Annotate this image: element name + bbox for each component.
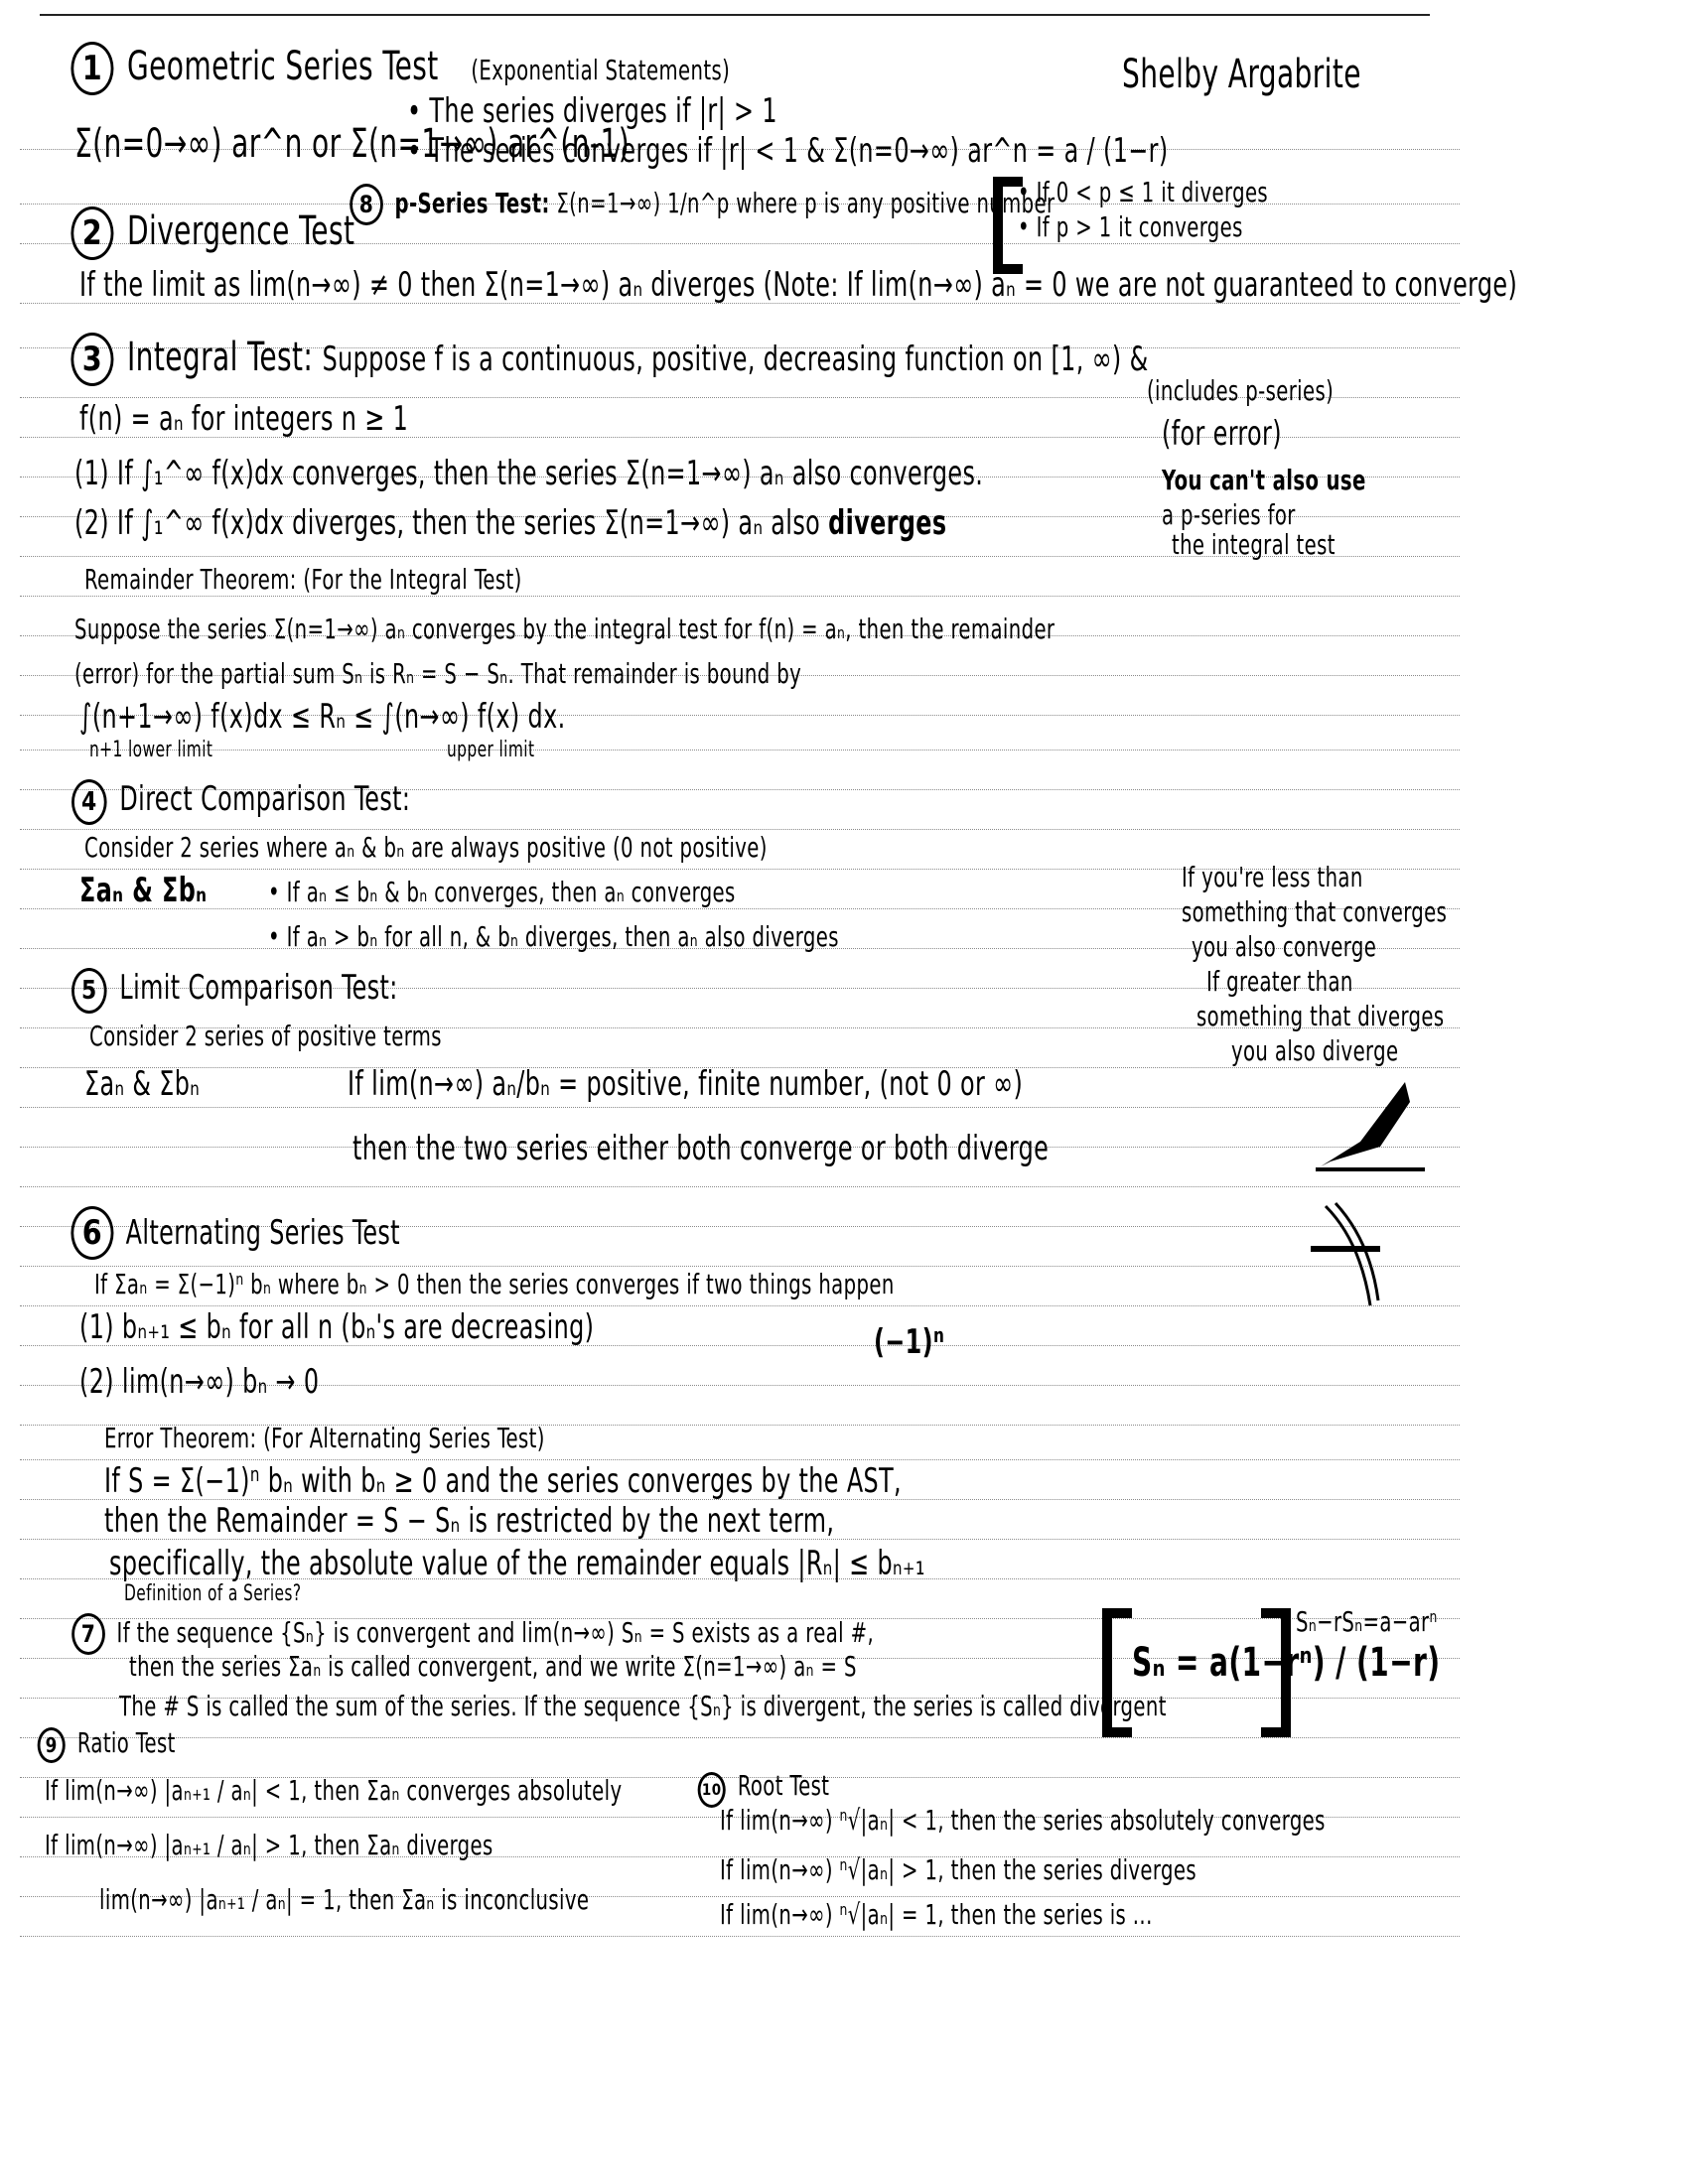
integral-side-note-4: a p-series for <box>1162 501 1296 529</box>
direct-side-note-3: you also converge <box>1192 933 1376 961</box>
definition-line3: The # S is called the sum of the series.… <box>119 1693 1167 1720</box>
integral-item-diverges-text: (2) If ∫₁^∞ f(x)dx diverges, then the se… <box>74 503 820 543</box>
pseries-line: 8 p-Series Test: Σ(n=1→∞) 1/n^p where p … <box>352 184 1055 225</box>
alternating-condition-2: (2) lim(n→∞) bₙ → 0 <box>79 1365 319 1399</box>
integral-side-note-2: (for error) <box>1162 417 1282 451</box>
limit-lhs: Σaₙ & Σbₙ <box>84 1067 200 1101</box>
definition-line2: then the series Σaₙ is called convergent… <box>129 1653 857 1681</box>
definition-heading: Definition of a Series? <box>124 1583 301 1605</box>
integral-title: Integral Test: <box>127 335 313 380</box>
remainder-label-lower: n+1 lower limit <box>89 740 212 761</box>
direct-side-note-1: If you're less than <box>1182 864 1363 891</box>
limit-result: then the two series either both converge… <box>352 1132 1049 1165</box>
error-line2: then the Remainder = S − Sₙ is restricte… <box>104 1504 834 1538</box>
integral-side-note-3: You can't also use <box>1162 467 1366 494</box>
scribble-mark <box>1311 1072 1430 1171</box>
limit-heading: 5 Limit Comparison Test: <box>74 968 398 1014</box>
integral-side-note-5: the integral test <box>1172 531 1336 559</box>
definition-line1: 7 If the sequence {Sₙ} is convergent and… <box>74 1613 874 1655</box>
direct-side-note-2: something that converges <box>1182 898 1447 926</box>
remainder-line1: Suppose the series Σ(n=1→∞) aₙ converges… <box>74 615 1055 643</box>
root-heading: 10 Root Test <box>700 1772 829 1808</box>
geometric-heading: 1 Geometric Series Test (Exponential Sta… <box>74 42 730 95</box>
pseries-title: p-Series Test: <box>395 187 550 219</box>
direct-side-note-6: you also diverge <box>1231 1037 1398 1065</box>
partial-sum-formula: Sₙ = a(1−rⁿ) / (1−r) <box>1132 1643 1440 1683</box>
alternating-heading: 6 Alternating Series Test <box>74 1206 400 1260</box>
page-top-edge <box>40 14 1430 16</box>
section-number-badge: 3 <box>70 333 113 386</box>
ratio-converge: If lim(n→∞) |aₙ₊₁ / aₙ| < 1, then Σaₙ co… <box>45 1777 622 1805</box>
section-number-badge: 10 <box>698 1772 726 1808</box>
root-converge: If lim(n→∞) ⁿ√|aₙ| < 1, then the series … <box>720 1807 1326 1835</box>
ratio-heading: 9 Ratio Test <box>40 1727 176 1763</box>
remainder-label-upper: upper limit <box>447 740 534 761</box>
integral-heading: 3 Integral Test: Suppose f is a continuo… <box>74 333 1149 386</box>
remainder-title: Remainder Theorem: (For the Integral Tes… <box>84 566 522 594</box>
divergence-title: Divergence Test <box>127 208 354 254</box>
section-number-badge: 4 <box>71 779 107 825</box>
ratio-diverge: If lim(n→∞) |aₙ₊₁ / aₙ| > 1, then Σaₙ di… <box>45 1832 493 1859</box>
pseries-case-converge: • If p > 1 it converges <box>1018 213 1243 241</box>
direct-heading: 4 Direct Comparison Test: <box>74 779 410 825</box>
integral-item-converges: (1) If ∫₁^∞ f(x)dx converges, then the s… <box>74 457 983 490</box>
definition-line1-text: If the sequence {Sₙ} is convergent and l… <box>117 1616 875 1649</box>
remainder-line2: (error) for the partial sum Sₙ is Rₙ = S… <box>74 660 801 688</box>
root-title: Root Test <box>738 1769 829 1802</box>
scribble-mark <box>1311 1201 1390 1310</box>
root-diverge: If lim(n→∞) ⁿ√|aₙ| > 1, then the series … <box>720 1856 1196 1884</box>
pseries-case-diverge: • If 0 < p ≤ 1 it diverges <box>1018 179 1268 206</box>
limit-line1: Consider 2 series of positive terms <box>89 1023 442 1050</box>
section-number-badge: 7 <box>71 1613 105 1655</box>
geometric-diverge-rule: • The series diverges if |r| > 1 <box>407 94 777 128</box>
direct-title: Direct Comparison Test: <box>119 779 410 819</box>
partial-sum-note: Sₙ−rSₙ=a−arⁿ <box>1296 1608 1438 1636</box>
divergence-body: If the limit as lim(n→∞) ≠ 0 then Σ(n=1→… <box>79 268 1517 302</box>
divergence-heading: 2 Divergence Test <box>74 206 354 260</box>
section-number-badge: 6 <box>70 1206 113 1260</box>
integral-item-diverges-emph: diverges <box>828 503 946 543</box>
formula-box-left <box>1102 1608 1132 1737</box>
geometric-title: Geometric Series Test <box>127 44 439 89</box>
alternating-title: Alternating Series Test <box>126 1213 400 1253</box>
geometric-converge-rule: • The series converges if |r| < 1 & Σ(n=… <box>407 134 1169 168</box>
pseries-formula: Σ(n=1→∞) 1/n^p where p is any positive n… <box>556 187 1055 219</box>
root-inconclusive: If lim(n→∞) ⁿ√|aₙ| = 1, then the series … <box>720 1901 1153 1929</box>
direct-rule-diverge: • If aₙ > bₙ for all n, & bₙ diverges, t… <box>268 923 839 951</box>
direct-lhs: Σaₙ & Σbₙ <box>79 874 207 907</box>
error-line3: specifically, the absolute value of the … <box>109 1547 925 1580</box>
error-title: Error Theorem: (For Alternating Series T… <box>104 1425 545 1452</box>
limit-title: Limit Comparison Test: <box>119 968 397 1008</box>
limit-condition: If lim(n→∞) aₙ/bₙ = positive, finite num… <box>348 1067 1023 1101</box>
direct-side-note-4: If greater than <box>1206 968 1353 996</box>
alternating-condition-1: (1) bₙ₊₁ ≤ bₙ for all n (bₙ's are decrea… <box>79 1310 594 1344</box>
section-number-badge: 9 <box>38 1727 66 1763</box>
error-line1: If S = Σ(−1)ⁿ bₙ with bₙ ≥ 0 and the ser… <box>104 1464 902 1498</box>
section-number-badge: 2 <box>70 206 113 260</box>
ratio-inconclusive: lim(n→∞) |aₙ₊₁ / aₙ| = 1, then Σaₙ is in… <box>99 1886 589 1914</box>
geometric-subtitle: (Exponential Statements) <box>471 54 730 86</box>
direct-line1: Consider 2 series where aₙ & bₙ are alwa… <box>84 834 768 862</box>
integral-side-note-1: (includes p-series) <box>1147 377 1334 405</box>
integral-item-diverges: (2) If ∫₁^∞ f(x)dx diverges, then the se… <box>74 506 946 540</box>
ratio-title: Ratio Test <box>77 1726 176 1759</box>
notes-page: Shelby Argabrite 1 Geometric Series Test… <box>0 0 1688 2184</box>
integral-line1: Suppose f is a continuous, positive, dec… <box>323 340 1149 379</box>
section-number-badge: 5 <box>71 968 107 1014</box>
section-number-badge: 1 <box>70 42 113 95</box>
author-name: Shelby Argabrite <box>1122 55 1361 94</box>
direct-side-note-5: something that diverges <box>1196 1003 1445 1030</box>
integral-line2: f(n) = aₙ for integers n ≥ 1 <box>79 402 408 436</box>
alternating-line1: If Σaₙ = Σ(−1)ⁿ bₙ where bₙ > 0 then the… <box>94 1271 895 1298</box>
direct-rule-converge: • If aₙ ≤ bₙ & bₙ converges, then aₙ con… <box>268 879 736 906</box>
alternating-aside: (−1)ⁿ <box>874 1325 944 1359</box>
remainder-bounds: ∫(n+1→∞) f(x)dx ≤ Rₙ ≤ ∫(n→∞) f(x) dx. <box>79 700 566 734</box>
